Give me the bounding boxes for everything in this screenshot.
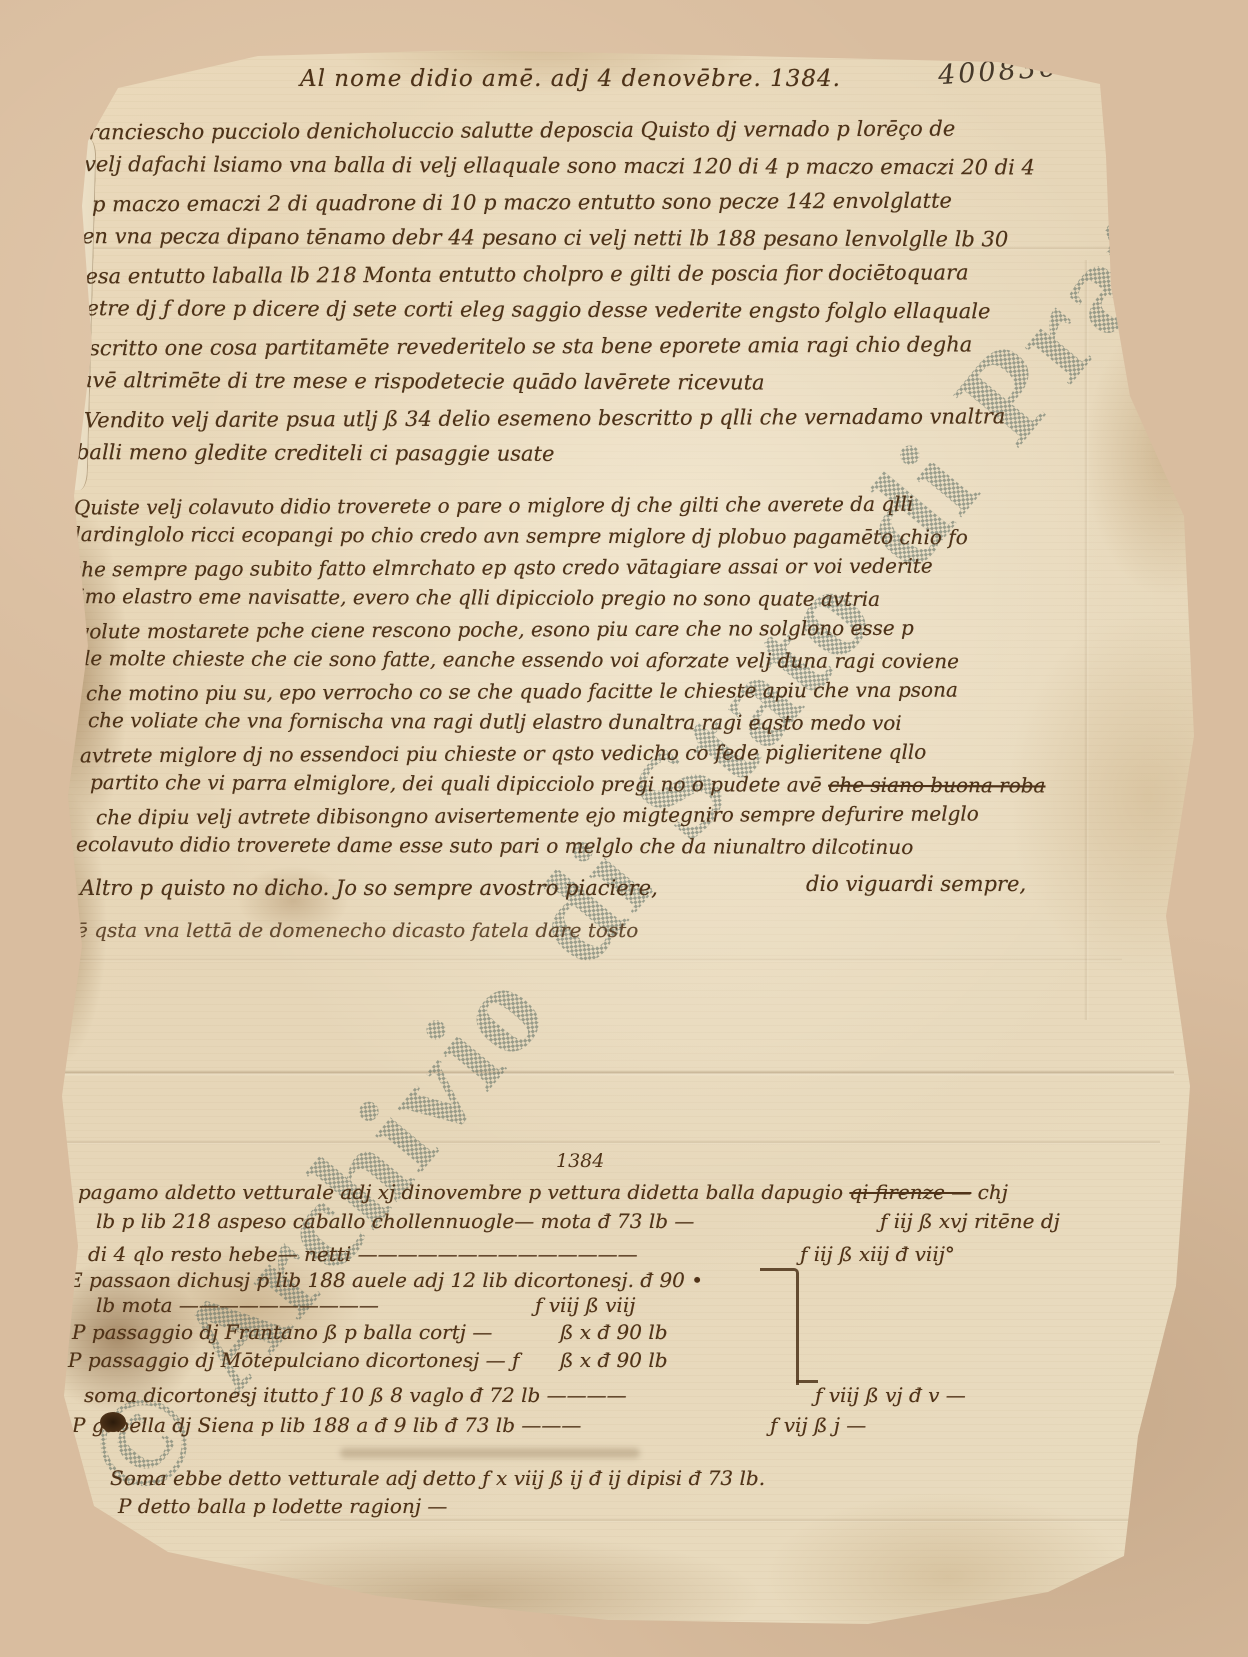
row-amount: ß x đ 90 lb <box>560 1320 668 1344</box>
scanned-manuscript-page: { "document": { "archive_stamp": "400836… <box>0 0 1248 1657</box>
manuscript-line: limo elastro eme navisatte, evero che ql… <box>72 581 1168 616</box>
paper-content: © Archivio di Stato di Prato 400836 Al n… <box>0 0 1248 1657</box>
row-amount: ƒ vij ß j — <box>770 1413 866 1437</box>
ink-blot <box>100 1412 126 1432</box>
account-row: lb p lib 218 aspeso caballo chollennuogl… <box>96 1209 694 1233</box>
manuscript-line: Vendito velj darite psua utlj ß 34 delio… <box>84 398 1160 439</box>
letter-paragraph-1: Franciescho pucciolo denicholuccio salut… <box>70 112 1160 400</box>
account-row: P passaggio dj Frantano ß p balla cortj … <box>72 1320 492 1344</box>
manuscript-line: che voliate che vna fornischa vna ragi d… <box>88 705 1168 740</box>
manuscript-line: che motino piu su, epo verrocho co se ch… <box>86 674 1168 710</box>
row-text: P passaggio dj Frantano ß p balla cortj … <box>72 1320 492 1344</box>
account-row: di 4 qlo resto hebe— netti —————————————… <box>88 1242 638 1266</box>
manuscript-line: p maczo emaczi 2 di quadrone di 10 p mac… <box>92 182 1160 223</box>
struck-words: che siano buona roba <box>828 773 1045 798</box>
manuscript-line: che dipiu velj avtrete dibisongno aviser… <box>96 798 1168 834</box>
letter-heading-date: Al nome didio amē. adj 4 denovēbre. 1384… <box>300 66 841 92</box>
closing-blessing: dio viguardi sempre, <box>806 872 1026 896</box>
letter-paragraph-3: Quiste velj colavuto didio troverete o p… <box>68 490 1168 862</box>
manuscript-paper: © Archivio di Stato di Prato 400836 Al n… <box>48 36 1204 1628</box>
row-amount: ƒ viij ß vj đ v — <box>815 1383 966 1407</box>
row-text: di 4 qlo resto hebe— netti —————————————… <box>88 1242 638 1266</box>
manuscript-line: pesa entutto laballa lb 218 Monta entutt… <box>72 254 1160 295</box>
row-amount: ß x đ 90 lb <box>560 1348 668 1372</box>
fold-crease <box>58 1070 1174 1076</box>
closing-line: Altro p quisto no dicho. Jo so sempre av… <box>80 876 658 900</box>
row-text: E passaon dichusj p lib 188 auele adj 12… <box>68 1268 703 1292</box>
archive-number-stamp: 400836 <box>937 52 1060 91</box>
manuscript-line: volute mostarete pche ciene rescono poch… <box>78 612 1168 648</box>
row-text: lb mota —————————— <box>96 1293 379 1317</box>
row-text: P passaggio dj Mōtepulciano dicortonesj … <box>68 1348 519 1372</box>
sum-bracket-foot <box>796 1380 818 1383</box>
account-row: P passaggio dj Mōtepulciano dicortonesj … <box>68 1348 519 1372</box>
account-row: E passaon dichusj p lib 188 auele adj 12… <box>68 1268 703 1292</box>
manuscript-line: che sempre pago subito fatto elmrchato e… <box>70 550 1168 586</box>
fold-crease <box>280 1518 1160 1523</box>
account-row: lb mota —————————— ƒ viij ß viij <box>96 1293 379 1317</box>
manuscript-line: velj dafachi lsiamo vna balla di velj el… <box>84 146 1160 186</box>
sum-bracket <box>760 1268 799 1385</box>
manuscript-line: le molte chieste che cie sono fatte, ean… <box>84 643 1168 678</box>
account-row: Soma ebbe detto vetturale adj detto ƒ x … <box>110 1466 765 1490</box>
manuscript-line: avtrete miglore dj no essendoci piu chie… <box>80 736 1168 772</box>
account-row: soma dicortonesj itutto ƒ 10 ß 8 vaglo đ… <box>84 1383 627 1407</box>
row-amount: ƒ viij ß viij <box>535 1293 635 1317</box>
manuscript-line: avē altrimēte di tre mese e rispodetecie… <box>80 362 1160 402</box>
manuscript-line: Franciescho pucciolo denicholuccio salut… <box>74 110 1160 151</box>
accounting-year: 1384 <box>556 1150 604 1172</box>
manuscript-line: balli meno gledite crediteli ci pasaggie… <box>76 434 1160 474</box>
row-text: P detto balla p lodette ragionj — <box>118 1494 447 1518</box>
manuscript-line: tetre dj ƒ dore p dicere dj sete corti e… <box>78 290 1160 330</box>
line-text: partito che vi parra elmiglore, dei qual… <box>90 770 828 797</box>
row-text: P gabella dj Siena p lib 188 a đ 9 lib đ… <box>72 1413 581 1437</box>
row-text: chj <box>971 1180 1008 1204</box>
row-text: soma dicortonesj itutto ƒ 10 ß 8 vaglo đ… <box>84 1383 627 1407</box>
erased-smudge <box>340 1448 640 1458</box>
account-row: pagamo aldetto vetturale adj xj dinovemb… <box>78 1180 1008 1204</box>
manuscript-line: ecolavuto didio troverete dame esse suto… <box>76 829 1168 864</box>
postscript-line: ē qsta vna lettā de domenecho dicasto fa… <box>76 918 638 942</box>
manuscript-line: Quiste velj colavuto didio troverete o p… <box>74 488 1168 524</box>
manuscript-line: dardinglolo ricci ecopangi po chio credo… <box>68 519 1168 554</box>
row-text: pagamo aldetto vetturale adj xj dinovemb… <box>78 1180 849 1204</box>
manuscript-line: e scritto one cosa partitamēte revederit… <box>70 326 1160 367</box>
row-amount: ƒ iij ß xvj ritēne dj <box>880 1209 1060 1233</box>
manuscript-line: en vna pecza dipano tēnamo debr 44 pesan… <box>82 218 1160 258</box>
struck-words: qi firenze — <box>849 1180 971 1204</box>
row-text: Soma ebbe detto vetturale adj detto ƒ x … <box>110 1466 765 1490</box>
account-row: P gabella dj Siena p lib 188 a đ 9 lib đ… <box>72 1413 581 1437</box>
row-text: lb p lib 218 aspeso caballo chollennuogl… <box>96 1209 694 1233</box>
account-row: P detto balla p lodette ragionj — <box>118 1494 447 1518</box>
row-amount: ƒ iij ß xiij đ viij° <box>800 1242 955 1266</box>
manuscript-line: partito che vi parra elmiglore, dei qual… <box>90 767 1168 802</box>
fold-crease <box>60 1140 1160 1145</box>
letter-paragraph-2: Vendito velj darite psua utlj ß 34 delio… <box>70 400 1160 472</box>
